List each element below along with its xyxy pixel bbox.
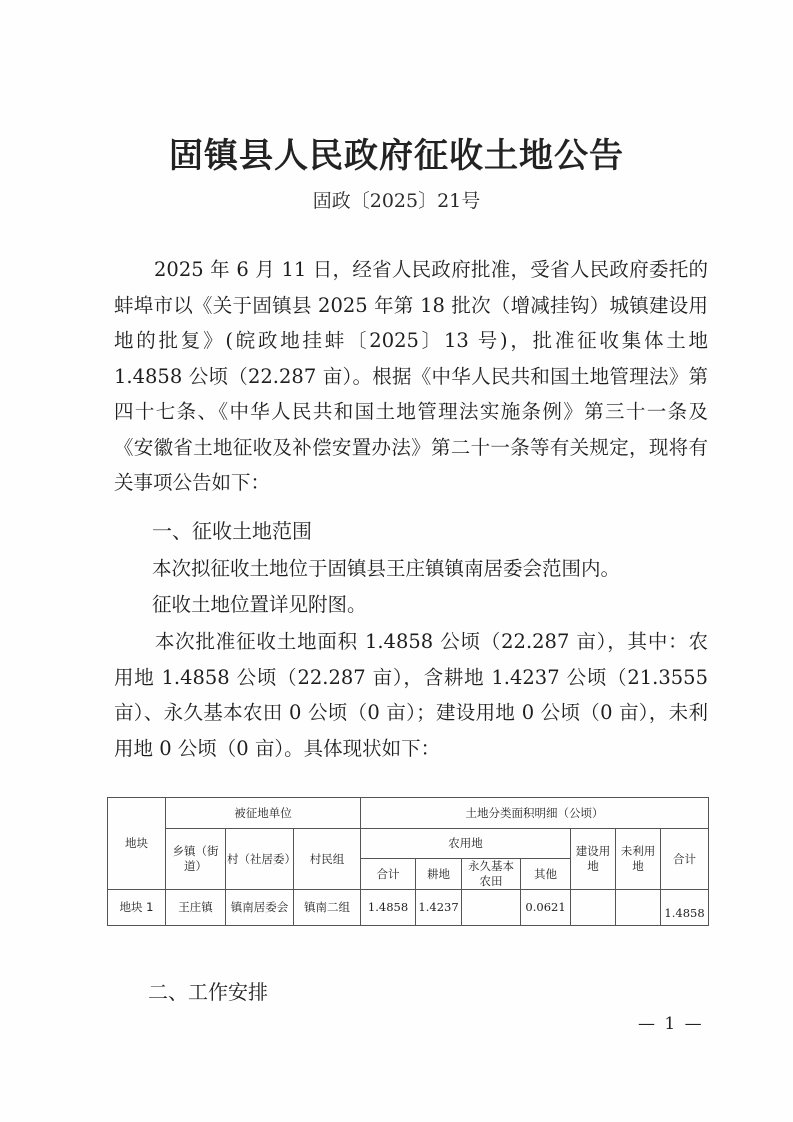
- cell-cultivated: 1.4237: [416, 890, 462, 926]
- cell-subtotal: 1.4858: [361, 890, 416, 926]
- page-number: — 1 —: [638, 1014, 704, 1034]
- header-cultivated: 耕地: [416, 859, 462, 890]
- cell-other: 0.0621: [521, 890, 571, 926]
- intro-text: 2025 年 6 月 11 日，经省人民政府批准，受省人民政府委托的蚌埠市以《关…: [114, 258, 708, 494]
- header-subtotal: 合计: [361, 859, 416, 890]
- cell-township: 王庄镇: [166, 890, 226, 926]
- header-land-detail: 土地分类面积明细（公顷）: [361, 798, 709, 829]
- header-expropriated-unit: 被征地单位: [166, 798, 361, 829]
- document-page: 固镇县人民政府征收土地公告 固政〔2025〕21号 2025 年 6 月 11 …: [0, 0, 793, 1122]
- cell-unused: [616, 890, 661, 926]
- cell-plot: 地块 1: [108, 890, 166, 926]
- document-number: 固政〔2025〕21号: [0, 186, 793, 213]
- header-construction: 建设用地: [571, 829, 616, 890]
- document-title: 固镇县人民政府征收土地公告: [0, 128, 793, 177]
- header-unused: 未利用地: [616, 829, 661, 890]
- land-detail-table: 地块 被征地单位 土地分类面积明细（公顷） 乡镇（街道） 村（社居委） 村民组 …: [107, 797, 709, 926]
- header-agricultural: 农用地: [361, 829, 571, 859]
- cell-village: 镇南居委会: [226, 890, 294, 926]
- header-permanent-farmland: 永久基本农田: [462, 859, 521, 890]
- section1-paragraph-text: 本次批准征收土地面积 1.4858 公顷（22.287 亩），其中：农用地 1.…: [114, 630, 708, 760]
- header-plot: 地块: [108, 798, 166, 890]
- section2-heading: 二、工作安排: [148, 976, 268, 1005]
- section1-line1: 本次拟征收土地位于固镇县王庄镇镇南居委会范围内。: [152, 553, 620, 581]
- section1-heading: 一、征收土地范围: [152, 515, 312, 544]
- section1-paragraph: 本次批准征收土地面积 1.4858 公顷（22.287 亩），其中：农用地 1.…: [114, 624, 708, 766]
- header-other: 其他: [521, 859, 571, 890]
- header-township: 乡镇（街道）: [166, 829, 226, 890]
- cell-villager-group: 镇南二组: [294, 890, 361, 926]
- section1-line2: 征收土地位置详见附图。: [152, 589, 367, 617]
- cell-total: 1.4858: [661, 890, 709, 926]
- header-villager-group: 村民组: [294, 829, 361, 890]
- cell-permanent-farmland: [462, 890, 521, 926]
- cell-construction: [571, 890, 616, 926]
- table-row: 地块 1 王庄镇 镇南居委会 镇南二组 1.4858 1.4237 0.0621…: [108, 890, 709, 926]
- header-total: 合计: [661, 829, 709, 890]
- header-village: 村（社居委）: [226, 829, 294, 890]
- intro-paragraph: 2025 年 6 月 11 日，经省人民政府批准，受省人民政府委托的蚌埠市以《关…: [114, 252, 708, 501]
